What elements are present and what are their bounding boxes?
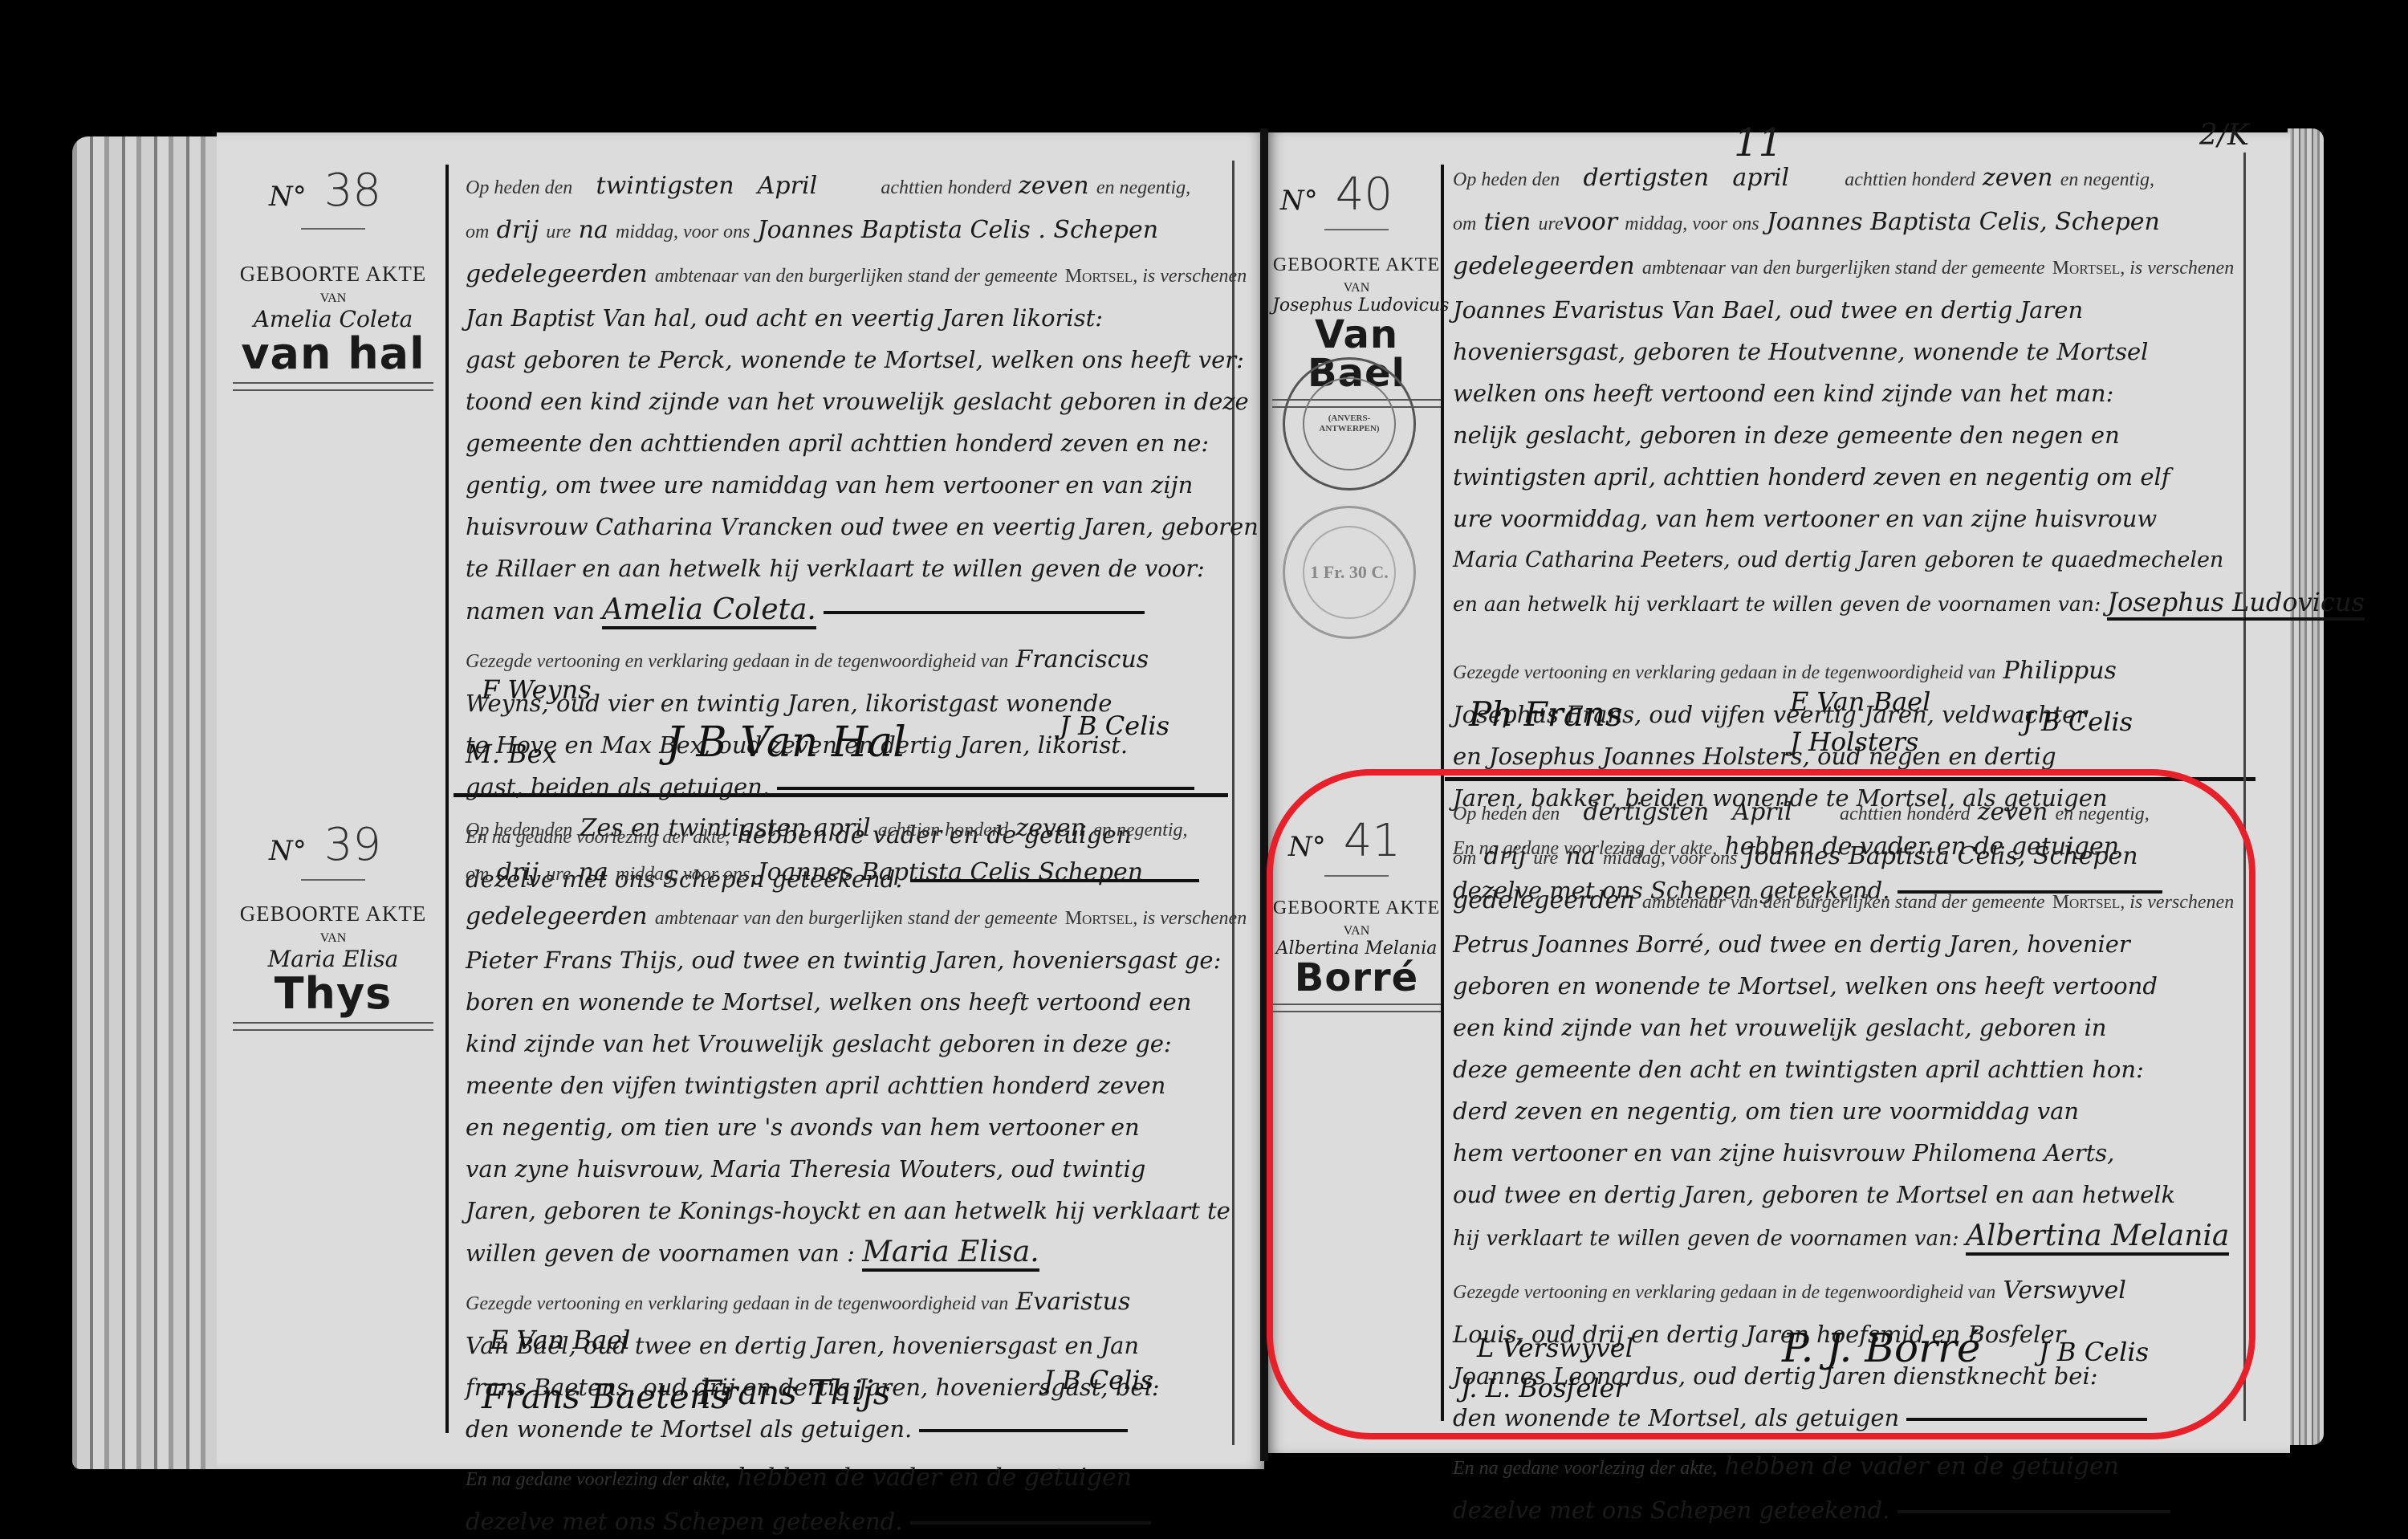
akte-label: GEBOORTE AKTE: [233, 262, 433, 287]
child-surname: Borré: [1272, 959, 1441, 997]
signature: E Van Bael: [490, 1325, 630, 1355]
record-41-body: Op heden den dertigsten April achttien h…: [1453, 791, 2247, 1531]
book-gutter: [1260, 128, 1268, 1461]
signature: J Holsters: [1790, 727, 1918, 757]
act-number: N°38: [233, 165, 433, 217]
signature: J B Celis: [1043, 1365, 1153, 1395]
signature: J. L. Bosfeler: [1461, 1373, 1627, 1403]
book-page-edges-right: [2288, 128, 2324, 1445]
right-column-rule: [1441, 165, 1444, 1421]
signature: Ph Frans: [1469, 694, 1623, 734]
record-41-margin: N°41 GEBOORTE AKTE VAN Albertina Melania…: [1272, 815, 1441, 1012]
signature: P. J. Borré: [1782, 1325, 1981, 1371]
child-surname: van hal: [233, 332, 433, 376]
signature: J B Celis: [2039, 1337, 2149, 1367]
record-39-body: Op heden den Zes en twintigsten april ac…: [466, 807, 1228, 1539]
given-names: Josephus Ludovicus: [2107, 587, 2365, 621]
signature: L Verswyvel: [1477, 1333, 1633, 1363]
revenue-stamp: (ANVERS-ANTWERPEN): [1283, 357, 1416, 491]
folio-mark: 2/K: [2199, 119, 2249, 152]
given-names: Maria Elisa.: [862, 1236, 1039, 1272]
signature: M. Bex: [466, 739, 557, 769]
signature: J B Celis: [1060, 710, 1169, 741]
left-column-rule: [445, 165, 449, 1433]
record-38-margin: N°38 GEBOORTE AKTE VAN Amelia Coleta van…: [233, 165, 433, 391]
signature: Frans Thijs: [698, 1373, 890, 1412]
book-page-edges-left: [72, 136, 221, 1469]
child-surname: Thys: [233, 972, 433, 1016]
given-names: Albertina Melania: [1966, 1219, 2229, 1256]
signature: Frans Baetens: [482, 1377, 728, 1416]
signature: J B Van Hal: [666, 719, 906, 767]
record-39-margin: N°39 GEBOORTE AKTE VAN Maria Elisa Thys: [233, 819, 433, 1031]
signature: F Weyns: [482, 674, 592, 705]
signature: E Van Bael: [1790, 686, 1930, 717]
signature: J B Celis: [2023, 706, 2133, 737]
record-38-body: Op heden den twintigsten April achttien …: [466, 165, 1228, 900]
dimension-stamp: 1 Fr. 30 C.: [1283, 506, 1416, 639]
given-names: Amelia Coleta.: [602, 593, 816, 629]
